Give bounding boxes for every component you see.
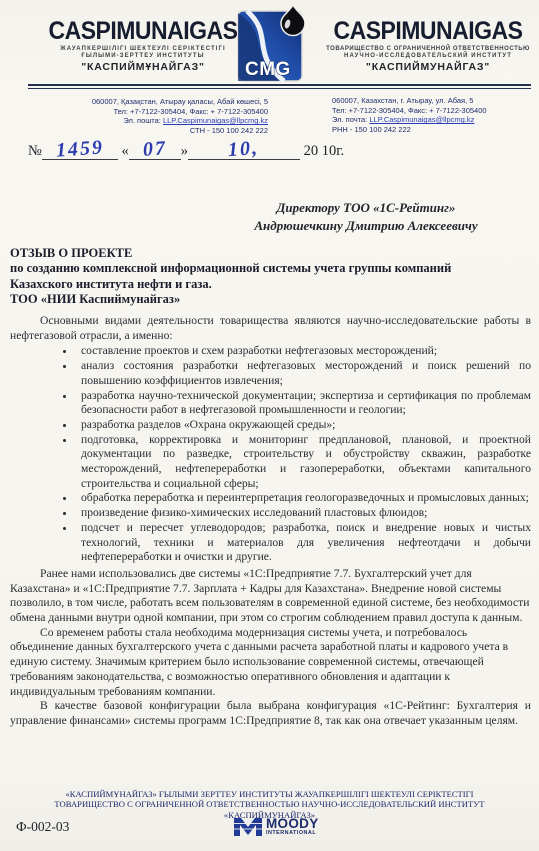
letterhead-right: CASPIMUNAIGAS ТОВАРИЩЕСТВО С ОГРАНИЧЕННО… (322, 17, 534, 73)
paragraph-previous-systems: Ранее нами использовались две системы «1… (10, 567, 531, 626)
logo-cmg-text: CMG (245, 59, 291, 80)
moody-name: MOODY (266, 817, 319, 830)
ref-number-handwritten: 1459 (55, 136, 104, 162)
title-line-1: ОТЗЫВ О ПРОЕКТЕ (10, 246, 534, 261)
moody-subtitle: INTERNATIONAL (266, 830, 319, 836)
footer-line-ru: ТОВАРИЩЕСТВО С ОГРАНИЧЕННОЙ ОТВЕТСТВЕННО… (0, 799, 539, 809)
ref-open-quote: « (121, 143, 128, 159)
list-item: обработка переработка и переинтерпретаци… (76, 491, 531, 506)
addressee-name: Андрюшечкину Дмитрию Алексеевичу (198, 217, 534, 235)
cmg-logo-graphic: CMG (234, 3, 314, 91)
ref-month-blank: 10, (188, 138, 300, 160)
title-line-4: ТОО «НИИ Каспиймунайгаз» (10, 292, 534, 307)
contact-rnn: РНН - 150 100 242 222 (332, 125, 534, 135)
paragraph-chosen-configuration: В качестве базовой конфигурации была выб… (10, 699, 531, 728)
ref-close-quote: » (181, 143, 188, 159)
list-item: разработка разделов «Охрана окружающей с… (76, 418, 531, 433)
email-label-kz: Эл. пошта: (123, 116, 163, 125)
form-code: Ф-002-03 (16, 819, 69, 835)
moody-international-logo: MOODY INTERNATIONAL (233, 817, 319, 837)
brand-name-left: CASPIMUNAIGAS (34, 16, 252, 46)
letter-body: Основными видами деятельности товарищест… (10, 314, 531, 729)
title-line-2: по созданию комплексной информационной с… (10, 261, 534, 276)
list-item: составление проектов и схем разработки н… (76, 344, 531, 359)
ref-day-handwritten: 07 (142, 137, 168, 162)
brand-subtitle-kz-1: ЖАУАПКЕРШІЛІГІ ШЕКТЕУЛІ СЕРІКТЕСТІГІ (34, 46, 252, 52)
list-item: подсчет и пересчет углеводородов; разраб… (76, 521, 531, 565)
contact-email-line-kz: Эл. пошта: LLP.Caspimunaigas@llpcmg.kz (30, 116, 268, 126)
ref-month-handwritten: 10, (228, 137, 261, 162)
addressee-position: Директору ТОО «1С-Рейтинг» (198, 199, 534, 217)
ref-year-printed: 20 10г. (304, 143, 345, 159)
brand-subtitle-ru-1: ТОВАРИЩЕСТВО С ОГРАНИЧЕННОЙ ОТВЕТСТВЕННО… (322, 46, 534, 52)
brand-name-right: CASPIMUNAIGAS (322, 16, 534, 46)
brand-org-ru: "КАСПИЙМУНАЙГАЗ" (322, 61, 534, 73)
moody-wordmark: MOODY INTERNATIONAL (266, 817, 319, 836)
activities-list: составление проектов и схем разработки н… (10, 344, 531, 565)
ref-day-blank: 07 (129, 138, 181, 160)
list-item: произведение физико-химических исследова… (76, 506, 531, 521)
scanned-letter-page: CASPIMUNAIGAS ЖАУАПКЕРШІЛІГІ ШЕКТЕУЛІ СЕ… (0, 0, 539, 851)
footer-line-kz: «КАСПИЙМҰНАЙГАЗ» ҒЫЛЫМИ ЗЕРТТЕУ ИНСТИТУТ… (0, 789, 539, 799)
contact-block-ru: 060007, Казахстан, г. Атырау, ул. Абая, … (332, 96, 534, 134)
email-link-kz[interactable]: LLP.Caspimunaigas@llpcmg.kz (163, 116, 268, 125)
list-item: анализ состояния разработки нефтегазовых… (76, 359, 531, 388)
letterhead-left: CASPIMUNAIGAS ЖАУАПКЕРШІЛІГІ ШЕКТЕУЛІ СЕ… (34, 17, 252, 73)
moody-m-icon (233, 817, 263, 837)
contact-phone-kz: Тел: +7-7122-305404, Факс: + 7-7122-3054… (30, 107, 268, 117)
brand-subtitle-ru-2: НАУЧНО-ИССЛЕДОВАТЕЛЬСКИЙ ИНСТИТУТ (322, 53, 534, 59)
contact-phone-ru: Тел: +7-7122-305404, Факс: + 7-7122-3054… (332, 106, 534, 116)
cmg-logo: CMG (234, 3, 314, 96)
oil-drop-icon (281, 5, 305, 36)
ref-number-line: №1459 «07»10, 20 10г. (28, 138, 344, 160)
contact-block-kz: 060007, Қазақстан, Атырау қаласы, Абай к… (30, 97, 268, 135)
ref-number-blank: 1459 (42, 138, 118, 160)
paragraph-modernization: Со временем работы стала необходима моде… (10, 626, 531, 700)
ref-no-label: № (28, 143, 42, 159)
contact-email-line-ru: Эл. почта: LLP.Caspimunaigas@llpcmg.kz (332, 115, 534, 125)
contact-address-kz: 060007, Қазақстан, Атырау қаласы, Абай к… (30, 97, 268, 107)
contact-address-ru: 060007, Казахстан, г. Атырау, ул. Абая, … (332, 96, 534, 106)
brand-subtitle-kz-2: ҒЫЛЫМИ-ЗЕРТТЕУ ИНСТИТУТЫ (34, 53, 252, 59)
document-title: ОТЗЫВ О ПРОЕКТЕ по созданию комплексной … (10, 246, 534, 308)
email-link-ru[interactable]: LLP.Caspimunaigas@llpcmg.kz (369, 115, 474, 124)
brand-org-kz: "КАСПИЙМҰНАЙГАЗ" (34, 61, 252, 73)
intro-paragraph: Основными видами деятельности товарищест… (10, 314, 531, 343)
addressee-block: Директору ТОО «1С-Рейтинг» Андрюшечкину … (198, 199, 534, 234)
email-label-ru: Эл. почта: (332, 115, 369, 124)
contact-stn: СТН - 150 100 242 222 (30, 126, 268, 136)
list-item: разработка научно-технической документац… (76, 389, 531, 418)
list-item: подготовка, корректировка и мониторинг п… (76, 433, 531, 492)
title-line-3: Казахского института нефти и газа. (10, 277, 534, 292)
